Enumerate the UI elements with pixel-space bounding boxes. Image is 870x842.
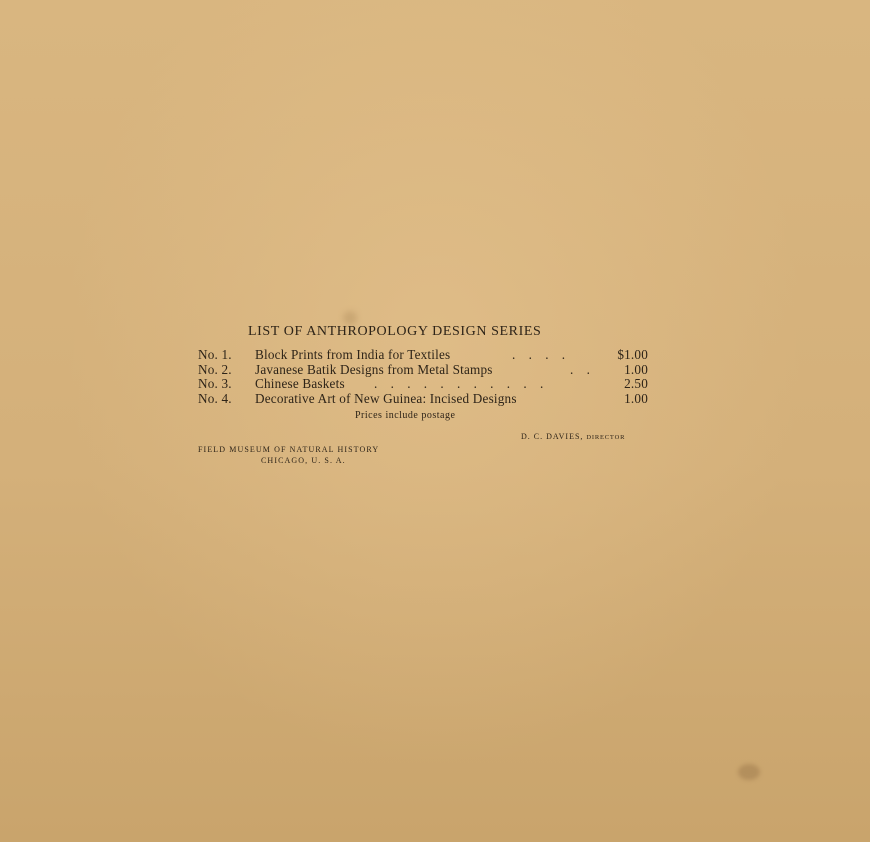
item-number: No. 3. xyxy=(198,376,232,392)
item-number: No. 4. xyxy=(198,391,232,407)
postage-note: Prices include postage xyxy=(355,410,455,421)
document-page: LIST OF ANTHROPOLOGY DESIGN SERIES No. 1… xyxy=(0,0,870,842)
item-price: 1.00 xyxy=(624,362,648,378)
director-signature: D. C. DAVIES, DIRECTOR xyxy=(521,432,625,441)
list-item: No. 4. Decorative Art of New Guinea: Inc… xyxy=(198,391,648,406)
item-price: 2.50 xyxy=(624,376,648,392)
paper-stain xyxy=(738,764,760,780)
list-item: No. 2. Javanese Batik Designs from Metal… xyxy=(198,362,648,377)
dot-leader: . . xyxy=(570,362,595,378)
publisher-location: CHICAGO, U. S. A. xyxy=(261,456,346,465)
series-list: No. 1. Block Prints from India for Texti… xyxy=(198,347,648,405)
series-title: LIST OF ANTHROPOLOGY DESIGN SERIES xyxy=(248,324,598,340)
item-name: Decorative Art of New Guinea: Incised De… xyxy=(255,391,517,407)
item-price: $1.00 xyxy=(617,347,648,363)
item-name: Block Prints from India for Textiles xyxy=(255,347,450,363)
dot-leader: . . . . xyxy=(512,347,570,363)
director-title: DIRECTOR xyxy=(586,434,625,441)
item-number: No. 1. xyxy=(198,347,232,363)
item-number: No. 2. xyxy=(198,362,232,378)
list-item: No. 3. Chinese Baskets . . . . . . . . .… xyxy=(198,376,648,391)
director-name: D. C. DAVIES, xyxy=(521,432,583,441)
dot-leader: . . . . . . . . . . . xyxy=(374,376,548,392)
list-item: No. 1. Block Prints from India for Texti… xyxy=(198,347,648,362)
publisher-name: FIELD MUSEUM OF NATURAL HISTORY xyxy=(198,445,379,454)
paper-stain xyxy=(343,311,357,325)
item-price: 1.00 xyxy=(624,391,648,407)
item-name: Javanese Batik Designs from Metal Stamps xyxy=(255,362,493,378)
item-name: Chinese Baskets xyxy=(255,376,345,392)
